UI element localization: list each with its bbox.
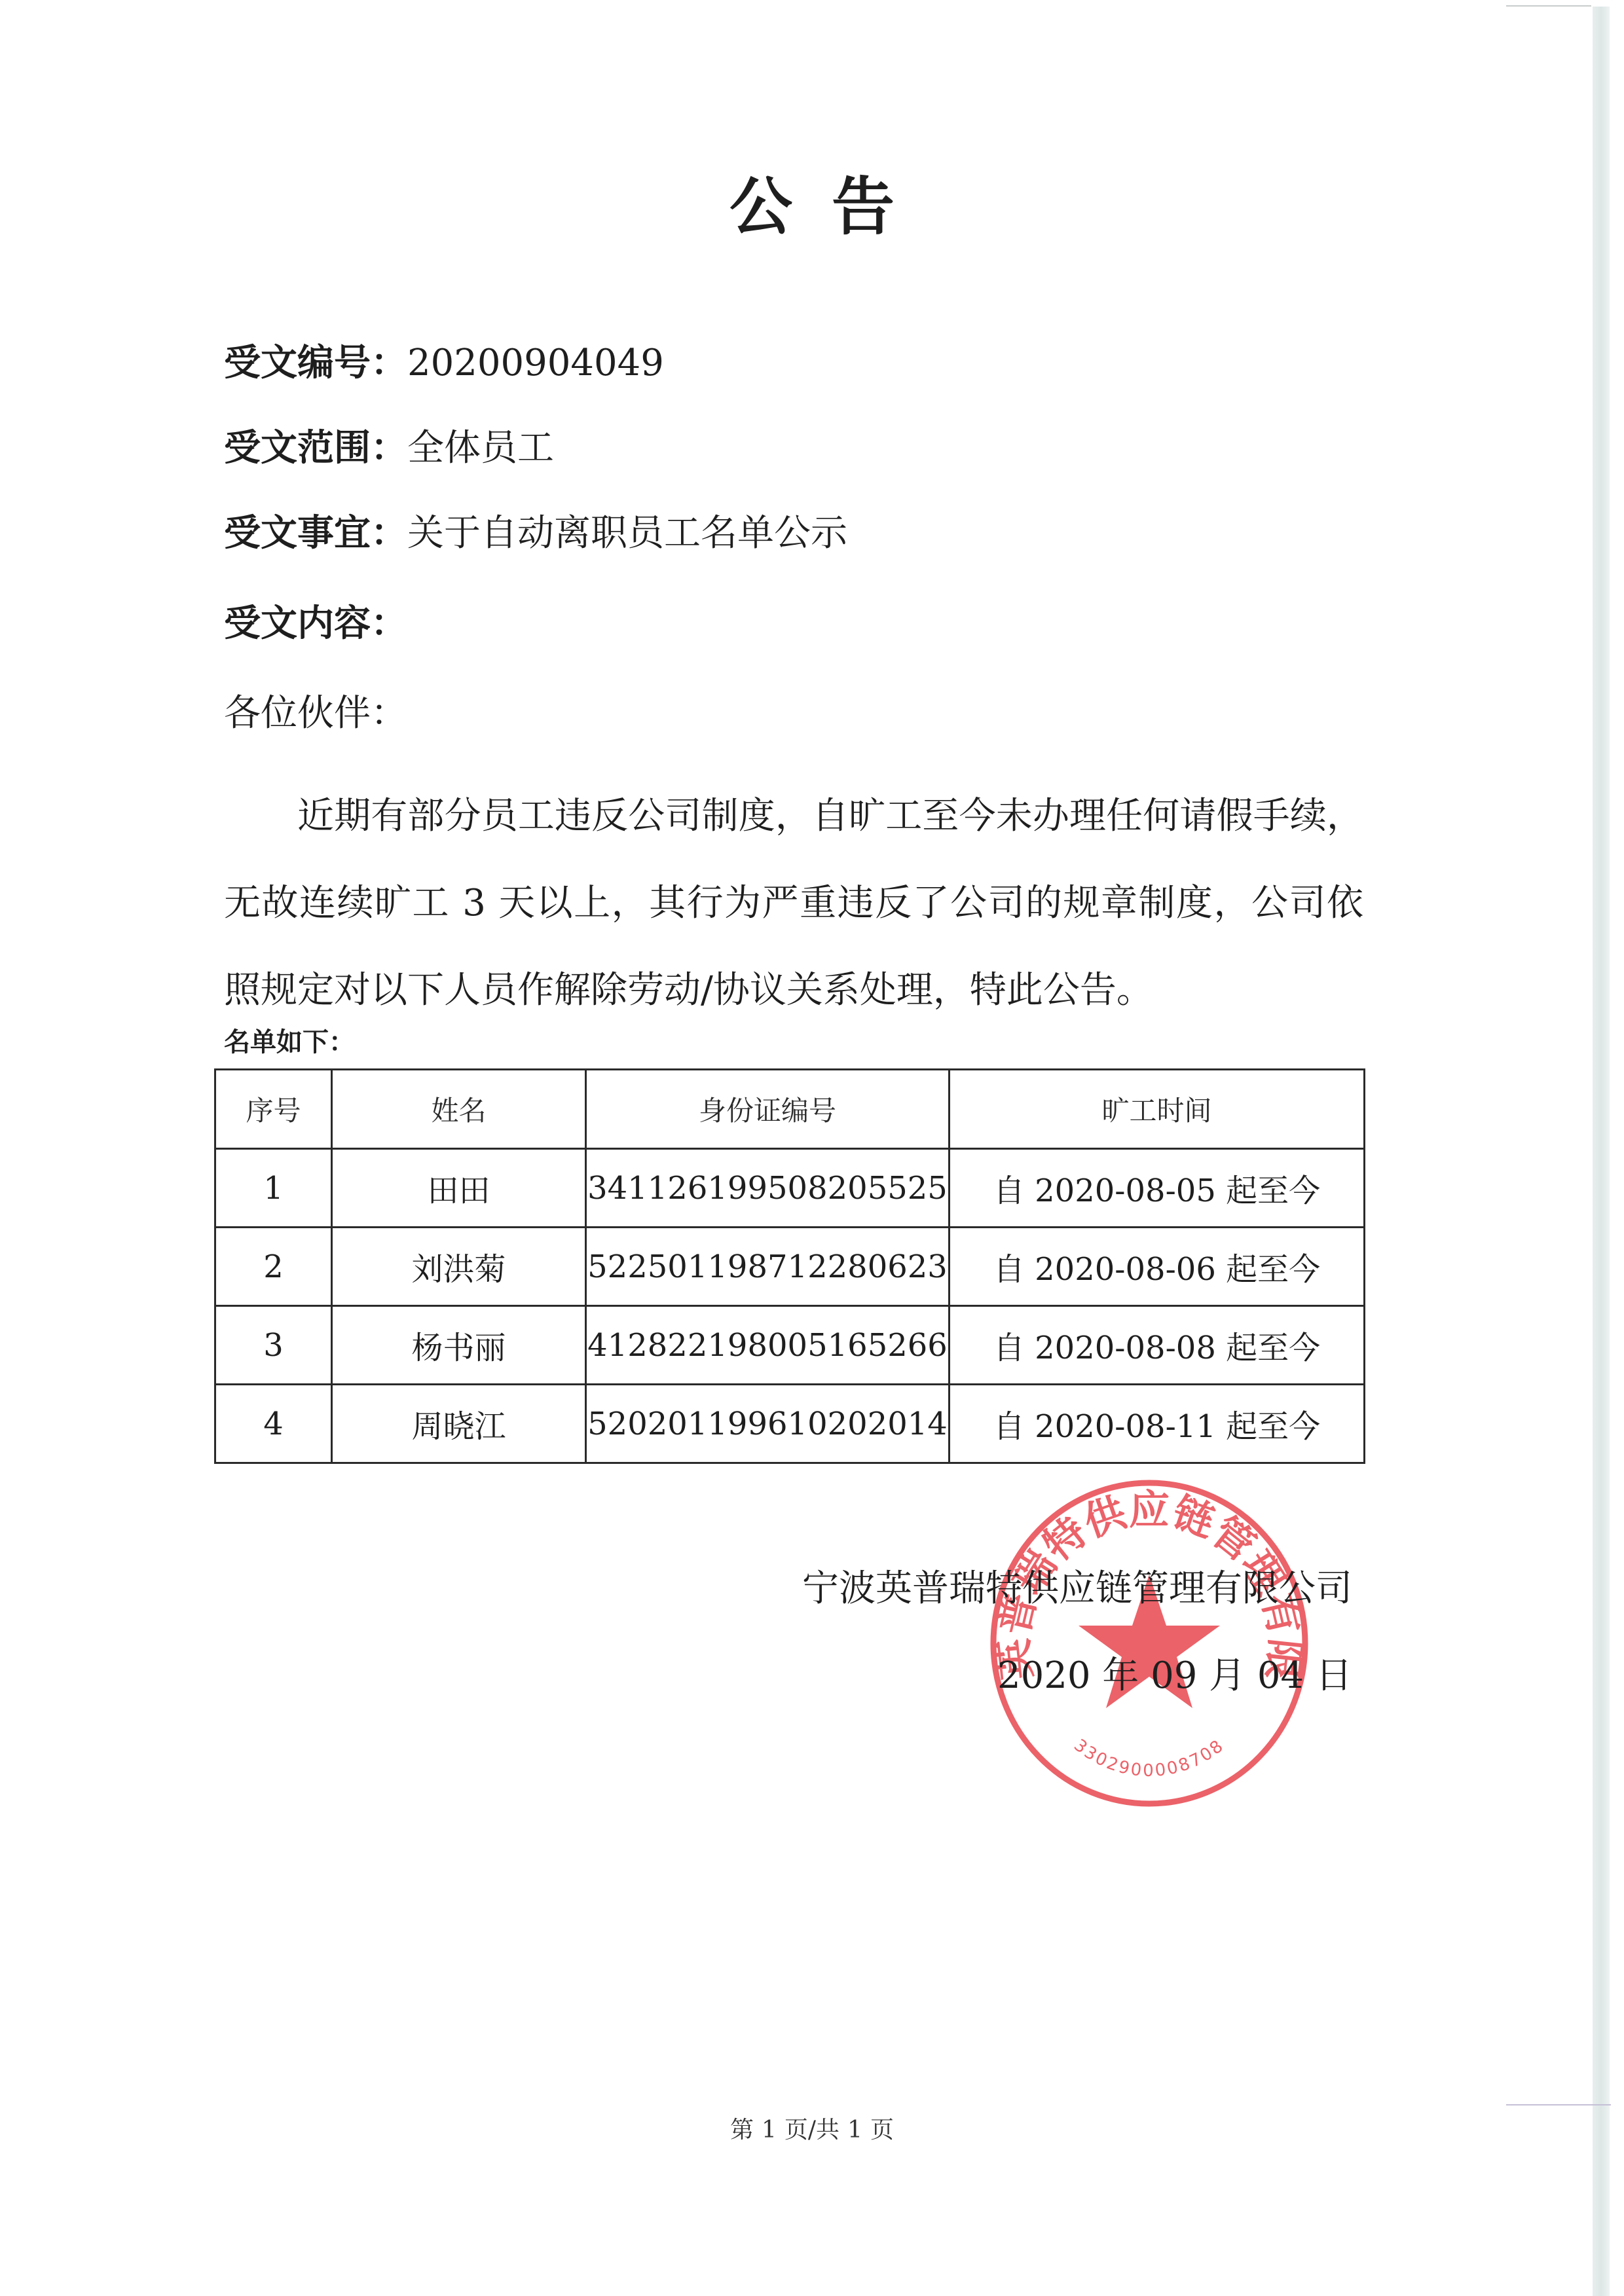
cell-no: 1 [215, 1149, 332, 1228]
page-footer: 第1页/共1页 [0, 2111, 1624, 2145]
table-header-row: 序号 姓名 身份证编号 旷工时间 [215, 1070, 1365, 1149]
issue-date: 2020 年 09 月 04 日 [997, 1653, 1352, 1699]
meta-label: 受文编号： [224, 342, 407, 384]
header-name: 姓名 [332, 1070, 586, 1149]
scan-edge-shadow [1593, 7, 1610, 2296]
cell-absent: 自 2020-08-05 起至今 [950, 1149, 1365, 1228]
body-paragraph: 近期有部分员工违反公司制度，自旷工至今未办理任何请假手续，无故连续旷工 3 天以… [224, 773, 1363, 1034]
greeting: 各位伙伴： [224, 691, 407, 737]
meta-label: 受文范围： [224, 427, 407, 469]
cell-id: 520201199610202014 [586, 1385, 950, 1463]
list-label: 名单如下： [224, 1021, 355, 1059]
cell-name: 杨书丽 [332, 1306, 586, 1385]
cell-no: 4 [215, 1385, 332, 1463]
cell-id: 412822198005165266 [586, 1306, 950, 1385]
cell-id: 341126199508205525 [586, 1149, 950, 1228]
scan-artifact-line [1506, 2104, 1611, 2105]
table-row: 2 刘洪菊 522501198712280623 自 2020-08-06 起至… [215, 1228, 1365, 1306]
footer-page: 1 [762, 2117, 777, 2143]
footer-prefix: 第 [730, 2117, 754, 2143]
table-row: 4 周晓江 520201199610202014 自 2020-08-11 起至… [215, 1385, 1365, 1463]
cell-id: 522501198712280623 [586, 1228, 950, 1306]
cell-no: 2 [215, 1228, 332, 1306]
scan-artifact-line [1506, 5, 1591, 7]
header-no: 序号 [215, 1070, 332, 1149]
seal-ring [993, 1483, 1305, 1804]
cell-name: 刘洪菊 [332, 1228, 586, 1306]
seal-code: 3302900008708 [1070, 1736, 1228, 1781]
footer-total: 1 [847, 2117, 862, 2143]
header-absent: 旷工时间 [950, 1070, 1365, 1149]
table-row: 3 杨书丽 412822198005165266 自 2020-08-08 起至… [215, 1306, 1365, 1385]
meta-value: 20200904049 [407, 342, 664, 384]
cell-absent: 自 2020-08-08 起至今 [950, 1306, 1365, 1385]
footer-suffix: 页 [870, 2117, 894, 2143]
cell-absent: 自 2020-08-11 起至今 [950, 1385, 1365, 1463]
employee-table: 序号 姓名 身份证编号 旷工时间 1 田田 341126199508205525… [214, 1068, 1365, 1464]
company-seal-stamp: 宁波英普瑞特供应链管理有限公司 3302900008708 [986, 1476, 1313, 1810]
meta-label: 受文内容： [224, 602, 407, 645]
cell-name: 周晓江 [332, 1385, 586, 1463]
meta-content: 受文内容： [224, 601, 407, 647]
cell-absent: 自 2020-08-06 起至今 [950, 1228, 1365, 1306]
meta-document-number: 受文编号：20200904049 [224, 340, 664, 386]
meta-subject: 受文事宜：关于自动离职员工名单公示 [224, 511, 847, 556]
cell-name: 田田 [332, 1149, 586, 1228]
cell-no: 3 [215, 1306, 332, 1385]
table-row: 1 田田 341126199508205525 自 2020-08-05 起至今 [215, 1149, 1365, 1228]
footer-mid: 页/共 [784, 2117, 840, 2143]
meta-value: 全体员工 [407, 427, 554, 469]
issuer-company: 宁波英普瑞特供应链管理有限公司 [802, 1566, 1352, 1612]
document-title: 公告 [0, 157, 1624, 247]
meta-scope: 受文范围：全体员工 [224, 426, 554, 471]
meta-value: 关于自动离职员工名单公示 [407, 512, 847, 555]
meta-label: 受文事宜： [224, 512, 407, 555]
header-id: 身份证编号 [586, 1070, 950, 1149]
